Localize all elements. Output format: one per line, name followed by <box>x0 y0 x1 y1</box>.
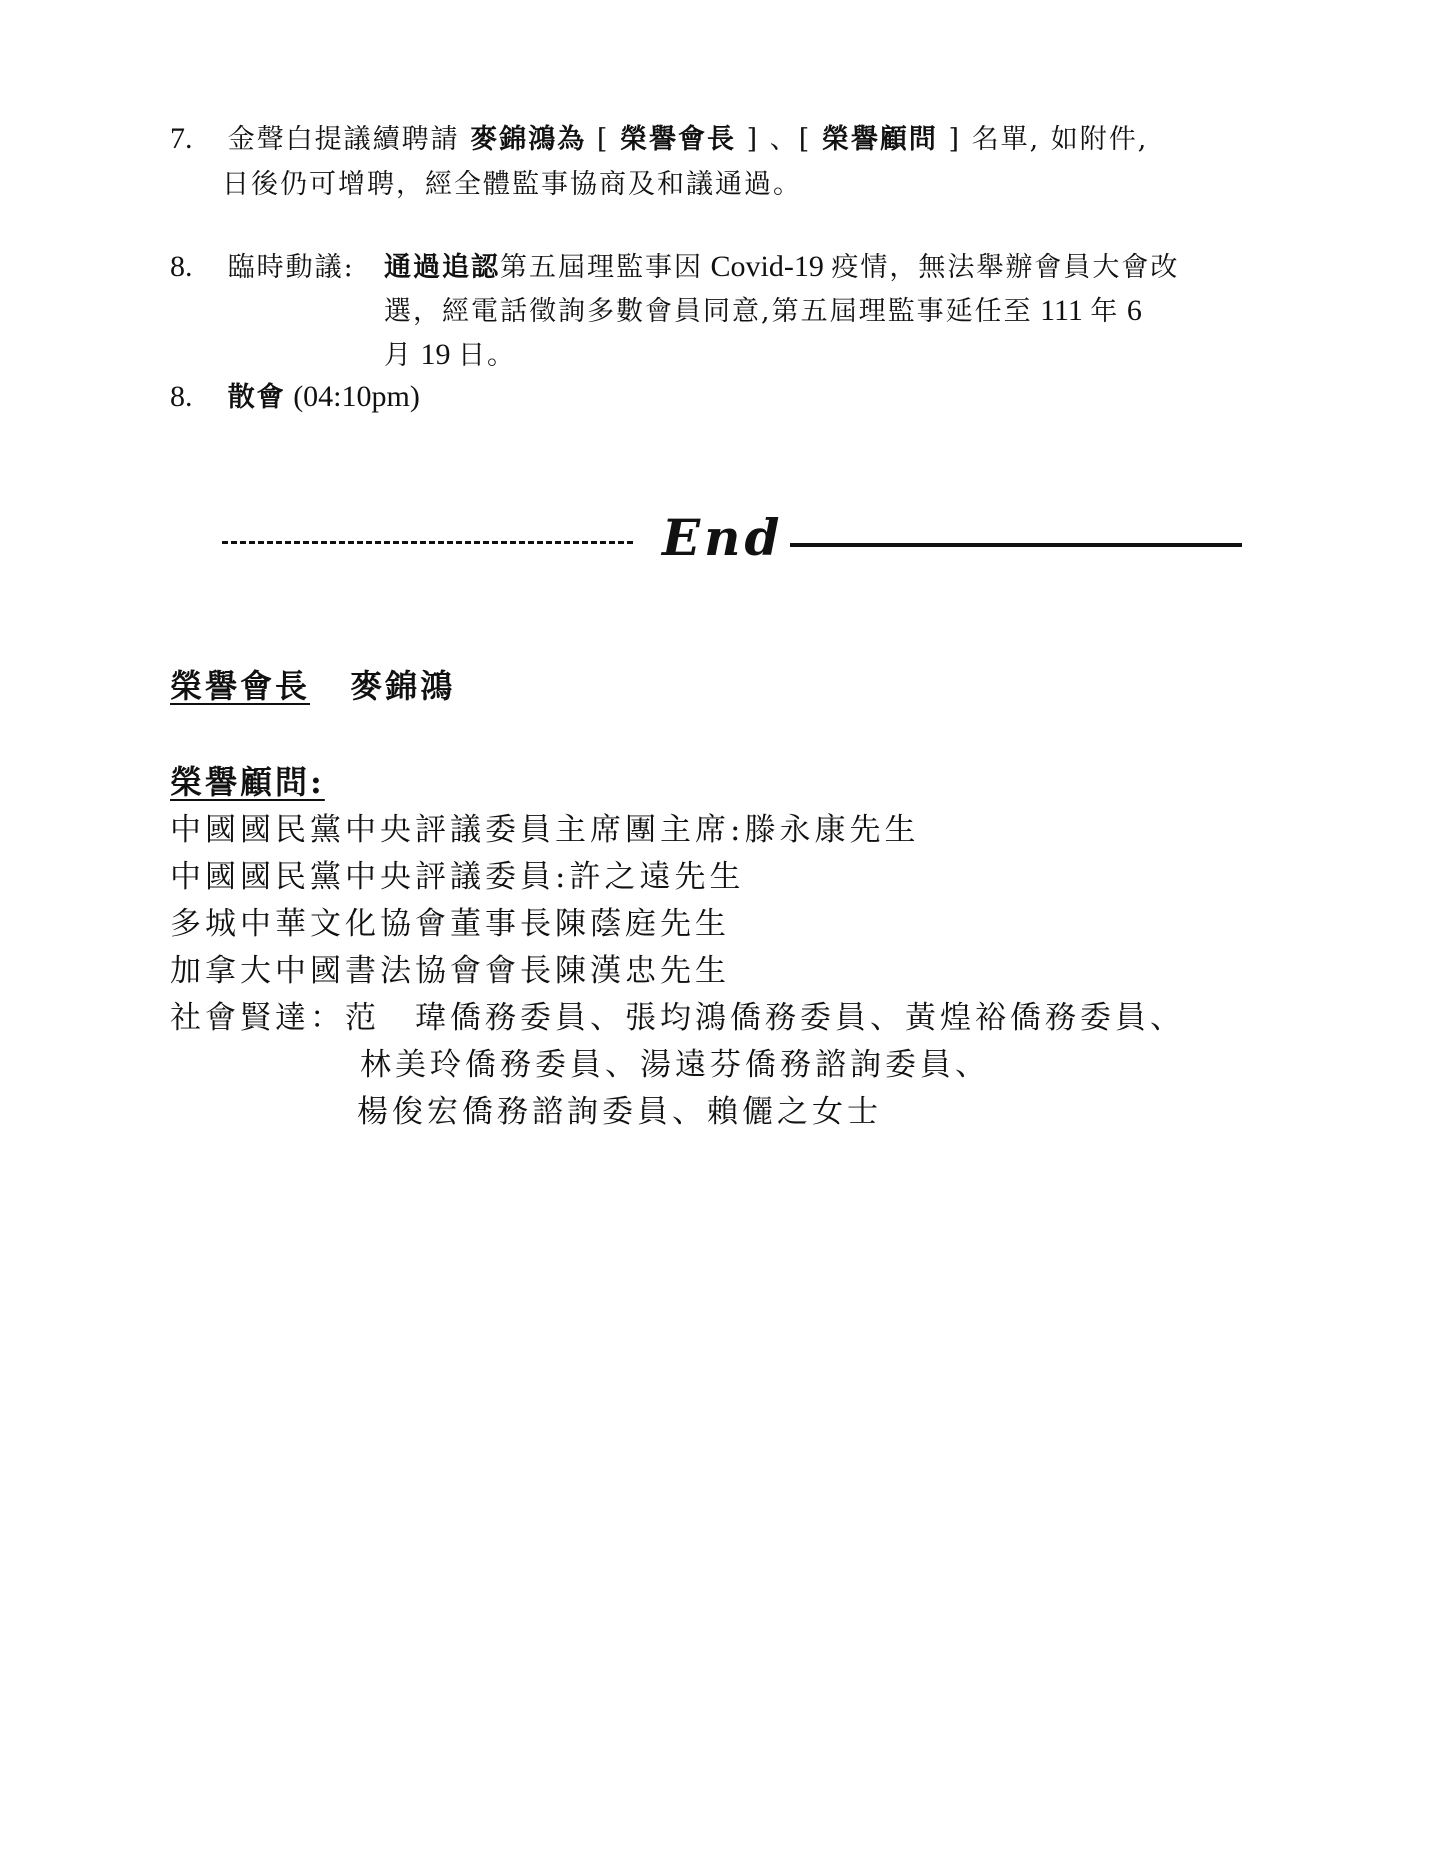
community-leaders-list: 范 瑋僑務委員、張均鴻僑務委員、黃煌裕僑務委員、 <box>345 1000 1185 1036</box>
item-8-line-1: 8. 臨時動議: 通過追認第五屆理監事因 Covid-19 疫情，無法舉辦會員大… <box>170 249 1179 286</box>
item-8-label: 臨時動議: <box>228 252 355 283</box>
bracket-separator: ] 、[ <box>747 124 812 155</box>
community-leaders-line-1: 社會賢達：范 瑋僑務委員、張均鴻僑務委員、黃煌裕僑務委員、 <box>170 998 1185 1038</box>
adjournment-time: (04:10pm) <box>286 380 420 413</box>
item-8-line-3: 月 19 日。 <box>384 337 516 374</box>
bracket-open: [ <box>597 124 610 155</box>
end-label: End <box>662 508 783 568</box>
adjournment-label: 散會 <box>228 382 286 413</box>
item-7-text-end: ] 名單, 如附件, <box>948 124 1148 155</box>
item-7-line-1: 7. 金聲白提議續聘請 麥錦鴻為 [ 榮譽會長 ] 、[ 榮譽顧問 ] 名單, … <box>170 121 1148 158</box>
item-8-continuation: 選，經電話徵詢多數會員同意,第五屆理監事延任至 <box>384 296 1033 327</box>
community-leaders-label: 社會賢達： <box>170 1000 345 1036</box>
adjournment-line: 8. 散會 (04:10pm) <box>170 379 420 416</box>
item-7-line-2: 日後仍可增聘，經全體監事協商及和議通過。 <box>222 167 802 203</box>
covid-term: Covid-19 <box>703 250 831 283</box>
community-leaders-line-2: 林美玲僑務委員、湯遠芬僑務諮詢委員、 <box>360 1045 990 1085</box>
honorary-president-name: 麥錦鴻 <box>350 667 455 705</box>
ratification-term: 通過追認 <box>384 252 500 283</box>
honorary-advisors-title: 榮譽顧問: <box>170 763 325 801</box>
advisor-entry: 中國國民黨中央評議委員:許之遠先生 <box>170 857 744 897</box>
honorary-advisors-heading: 榮譽顧問: <box>170 762 325 802</box>
item-7-text: 金聲白提議續聘請 <box>228 124 471 155</box>
item-7-continuation: 日後仍可增聘，經全體監事協商及和議通過。 <box>222 169 802 200</box>
item-8-text: 第五屆理監事因 <box>500 252 703 283</box>
honorary-president-title: 榮譽會長 <box>170 667 310 705</box>
month-value: 6 <box>1119 294 1142 327</box>
item-number: 8. <box>170 380 193 413</box>
item-number: 8. <box>170 250 193 283</box>
month-label: 月 <box>384 340 413 371</box>
community-leaders-line-3: 楊俊宏僑務諮詢委員、賴儷之女士 <box>357 1092 882 1132</box>
advisor-entry: 多城中華文化協會董事長陳蔭庭先生 <box>170 904 730 944</box>
day-label: 日。 <box>458 340 516 371</box>
honorary-advisor-term: 榮譽顧問 <box>822 124 938 155</box>
advisor-entry: 中國國民黨中央評議委員主席團主席:滕永康先生 <box>170 810 919 850</box>
item-number: 7. <box>170 122 193 155</box>
advisor-entry: 加拿大中國書法協會會長陳漢忠先生 <box>170 951 730 991</box>
item-7-nominee: 麥錦鴻為 <box>470 124 586 155</box>
item-8-text-end: 疫情，無法舉辦會員大會改 <box>831 252 1179 283</box>
honorary-president-term: 榮譽會長 <box>620 124 736 155</box>
day-value: 19 <box>413 338 458 371</box>
separator-solid-line <box>790 543 1242 547</box>
item-8-line-2: 選，經電話徵詢多數會員同意,第五屆理監事延任至 111 年 6 <box>384 293 1142 330</box>
separator-dashed-line <box>222 541 633 544</box>
honorary-president: 榮譽會長 麥錦鴻 <box>170 666 455 706</box>
year-value: 111 <box>1033 294 1091 327</box>
year-label: 年 <box>1090 296 1119 327</box>
